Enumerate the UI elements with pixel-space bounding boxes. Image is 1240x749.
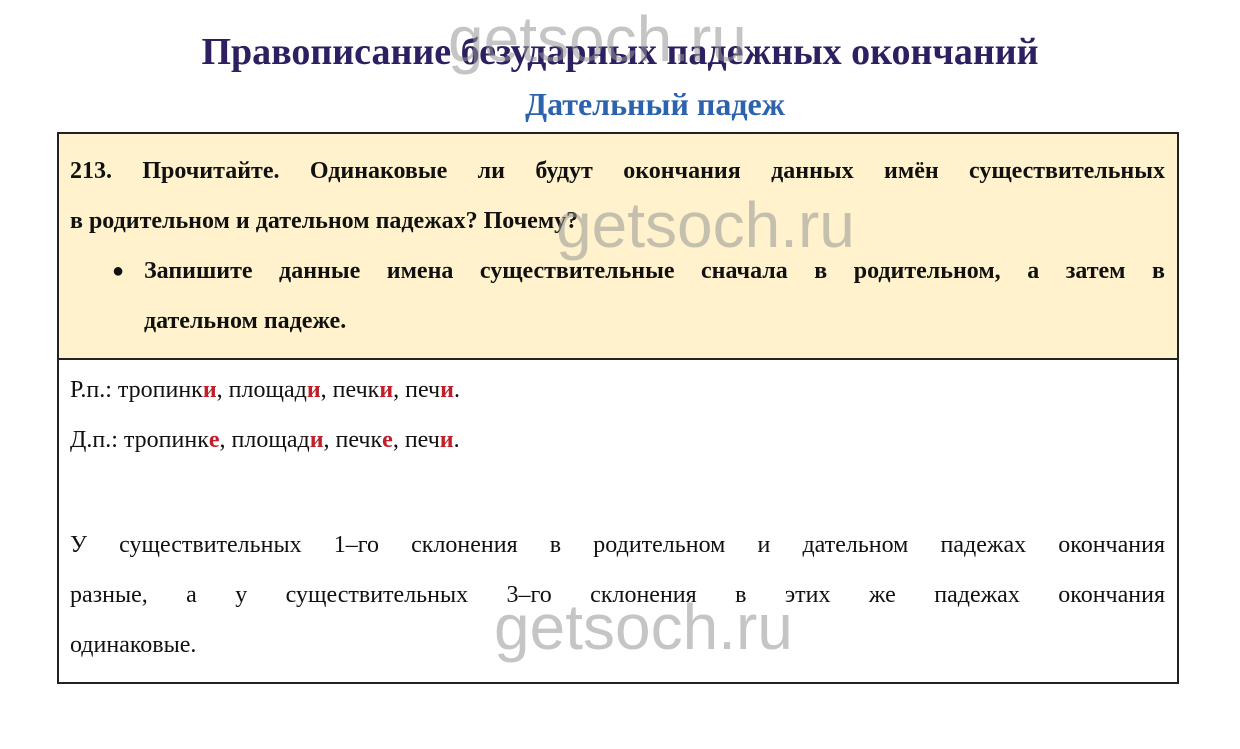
word-stem: площад — [232, 427, 310, 453]
answer-conclusion: У существительных 1–го склонения в родит… — [70, 520, 1165, 670]
word-ending: и — [440, 377, 454, 403]
answer-rows: Р.п.: тропинки, площади, печки, печи. Д.… — [70, 370, 1165, 470]
word-ending: и — [379, 377, 393, 403]
word-stem: печк — [336, 427, 383, 453]
separator: , — [393, 377, 405, 403]
bullet-line-2: дательном падеже. — [144, 296, 1165, 346]
word-stem: тропинк — [118, 377, 203, 403]
separator: . — [454, 427, 460, 453]
separator: , — [393, 427, 405, 453]
bullet-line-1: Запишите данные имена существительные сн… — [144, 246, 1165, 296]
case-label: Р.п.: — [70, 377, 118, 403]
separator: , — [217, 377, 229, 403]
word-ending: и — [307, 377, 321, 403]
word-ending: е — [382, 427, 393, 453]
task-bullet: ● Запишите данные имена существительные … — [70, 246, 1165, 346]
case-label: Д.п.: — [70, 427, 124, 453]
conclusion-line-1: У существительных 1–го склонения в родит… — [70, 520, 1165, 570]
word-stem: печ — [405, 427, 440, 453]
word-stem: тропинк — [124, 427, 209, 453]
task-line-2: в родительном и дательном падежах? Почем… — [70, 196, 1165, 246]
separator: , — [321, 377, 333, 403]
separator: , — [220, 427, 232, 453]
word-stem: печк — [333, 377, 380, 403]
page-title: Правописание безударных падежных окончан… — [0, 30, 1240, 74]
word-ending: и — [310, 427, 324, 453]
word-ending: и — [440, 427, 454, 453]
separator: , — [324, 427, 336, 453]
word-stem: площад — [229, 377, 307, 403]
conclusion-line-3: одинаковые. — [70, 620, 1165, 670]
task-statement: 213. Прочитайте. Одинаковые ли будут око… — [59, 134, 1177, 360]
answer-row-dative: Д.п.: тропинке, площади, печке, печи. — [70, 420, 1165, 470]
separator: . — [454, 377, 460, 403]
exercise-box: 213. Прочитайте. Одинаковые ли будут око… — [57, 132, 1179, 684]
word-ending: и — [203, 377, 217, 403]
word-ending: е — [209, 427, 220, 453]
task-line-1: 213. Прочитайте. Одинаковые ли будут око… — [70, 146, 1165, 196]
bullet-icon: ● — [112, 246, 124, 296]
word-stem: печ — [405, 377, 440, 403]
answer-row-genitive: Р.п.: тропинки, площади, печки, печи. — [70, 370, 1165, 420]
conclusion-line-2: разные, а у существительных 3–го склонен… — [70, 570, 1165, 620]
page-subtitle: Дательный падеж — [0, 86, 1240, 123]
